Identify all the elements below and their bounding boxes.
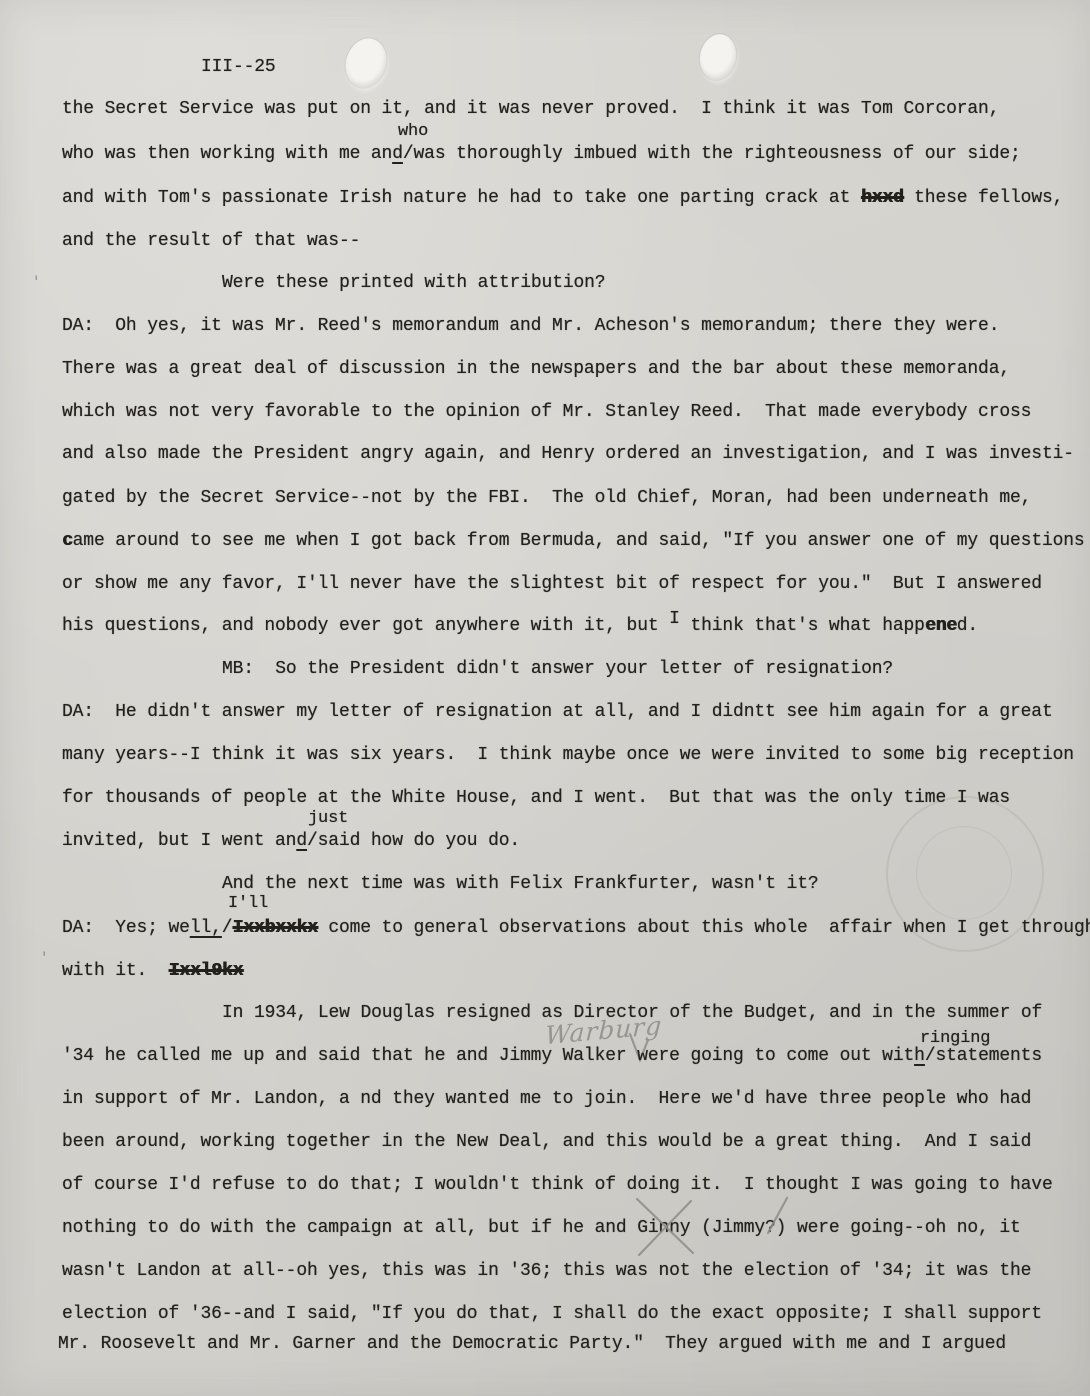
transcript-line: the Secret Service was put on it, and it… [62,98,999,120]
transcript-line: wasn't Landon at all--oh yes, this was i… [62,1260,1031,1282]
transcript-line: which was not very favorable to the opin… [62,401,1031,423]
transcript-line: and with Tom's passionate Irish nature h… [62,187,1063,209]
transcript-line: election of '36--and I said, "If you do … [62,1303,1042,1325]
struck-out-word: Ixxbxxkx [232,918,317,938]
text-segment: his questions, and nobody ever got anywh… [62,616,669,636]
transcript-line: many years--I think it was six years. I … [62,744,1074,766]
punch-hole-icon [696,31,741,83]
text-segment: think that's what happ [680,616,925,636]
text-segment: of course I'd refuse to do that; I would… [62,1175,1053,1195]
text-segment: /was thoroughly imbued with the righteou… [403,144,1021,164]
text-segment: There was a great deal of discussion in … [62,359,1010,379]
transcript-line: or show me any favor, I'll never have th… [62,573,1042,595]
transcript-line: invited, but I went and/said how do you … [62,830,520,852]
text-segment: who was then working with me an [62,144,392,164]
text-segment: these fellows, [904,188,1064,208]
overtyped-char: c [62,531,73,551]
text-segment: and the result of that was-- [62,231,360,251]
transcript-line: and also made the President angry again,… [62,443,1074,465]
transcript-line: gated by the Secret Service--not by the … [62,487,1031,509]
transcript-line: of course I'd refuse to do that; I would… [62,1174,1053,1196]
document-page: III--25 the Secret Service was put on it… [0,0,1090,1396]
text-segment: invited, but I went an [62,831,296,851]
underlined-char: ll, [190,918,222,938]
underlined-char: d [296,831,307,851]
underlined-char: h [914,1046,925,1066]
text-segment: with it. [62,961,169,981]
text-segment: DA: Yes; we [62,918,190,938]
text-segment: been around, working together in the New… [62,1132,1031,1152]
text-segment: DA: He didn't answer my letter of resign… [62,702,1053,722]
text-segment: gated by the Secret Service--not by the … [62,488,1031,508]
text-segment: /said how do you do. [307,831,520,851]
transcript-line: been around, working together in the New… [62,1131,1031,1153]
text-segment: or show me any favor, I'll never have th… [62,574,1042,594]
raised-char: I [669,609,680,629]
transcript-line: who was then working with me and/was tho… [62,143,1021,165]
text-segment: election of '36--and I said, "If you do … [62,1304,1042,1324]
text-segment: DA: Oh yes, it was Mr. Reed's memorandum… [62,316,999,336]
transcript-line: '34 he called me up and said that he and… [62,1045,1042,1067]
overtyped-char: ene [925,616,957,636]
underlined-char: d [392,144,403,164]
text-segment: I'll [228,894,268,913]
text-segment: for thousands of people at the White Hou… [62,788,1010,808]
transcript-line: his questions, and nobody ever got anywh… [62,615,978,637]
text-segment: which was not very favorable to the opin… [62,402,1031,422]
stray-pencil-tick: ' [42,948,46,967]
transcript-line: with it. Ixxl9kx [62,960,243,982]
text-segment: come to general observations about this … [318,918,1090,938]
transcript-line: and the result of that was-- [62,230,360,252]
text-segment: who [398,122,428,141]
pencil-slash-icon [764,1196,790,1236]
interviewer-question-line: Were these printed with attribution? [222,272,605,294]
stray-pencil-tick: ' [34,272,38,291]
transcript-line: came around to see me when I got back fr… [62,530,1085,552]
transcript-line: There was a great deal of discussion in … [62,358,1010,380]
text-segment: and also made the President angry again,… [62,444,1074,464]
text-segment: many years--I think it was six years. I … [62,745,1074,765]
text-segment: d. [957,616,978,636]
text-segment: nothing to do with the campaign at all, … [62,1218,1021,1238]
transcript-line: Mr. Roosevelt and Mr. Garner and the Dem… [58,1333,1006,1355]
pencil-x-mark-icon [633,1197,697,1257]
inserted-word: just [308,808,348,830]
text-segment: and with Tom's passionate Irish nature h… [62,188,861,208]
transcript-line: DA: Oh yes, it was Mr. Reed's memorandum… [62,315,999,337]
text-segment: just [308,809,348,828]
transcript-line: for thousands of people at the White Hou… [62,787,1010,809]
struck-out-word: hxxd [861,188,904,208]
interviewer-question-line: And the next time was with Felix Frankfu… [222,873,819,895]
text-segment: '34 he called me up and said that he and… [62,1046,914,1066]
text-segment: /statements [925,1046,1042,1066]
text-segment: And the next time was with Felix Frankfu… [222,874,819,894]
text-segment: Mr. Roosevelt and Mr. Garner and the Dem… [58,1334,1006,1354]
text-segment: wasn't Landon at all--oh yes, this was i… [62,1261,1031,1281]
text-segment: Were these printed with attribution? [222,273,605,293]
interviewer-question-line: MB: So the President didn't answer your … [222,658,893,680]
inserted-word: who [398,121,428,143]
inserted-word: I'll [228,893,268,915]
transcript-line: DA: Yes; well,/Ixxbxxkx come to general … [62,917,1090,939]
text-segment: ame around to see me when I got back fro… [73,531,1085,551]
text-segment: in support of Mr. Landon, a nd they want… [62,1089,1031,1109]
punch-hole-icon [340,33,393,93]
stamp-inner-ring [916,826,1012,920]
text-segment: / [222,918,233,938]
page-number-text: III--25 [201,57,276,77]
text-segment: the Secret Service was put on it, and it… [62,99,999,119]
struck-out-word: Ixxl9kx [169,961,244,981]
text-segment: MB: So the President didn't answer your … [222,659,893,679]
transcript-line: nothing to do with the campaign at all, … [62,1217,1021,1239]
transcript-line: DA: He didn't answer my letter of resign… [62,701,1053,723]
transcript-line: in support of Mr. Landon, a nd they want… [62,1088,1031,1110]
page-number: III--25 [201,56,276,78]
